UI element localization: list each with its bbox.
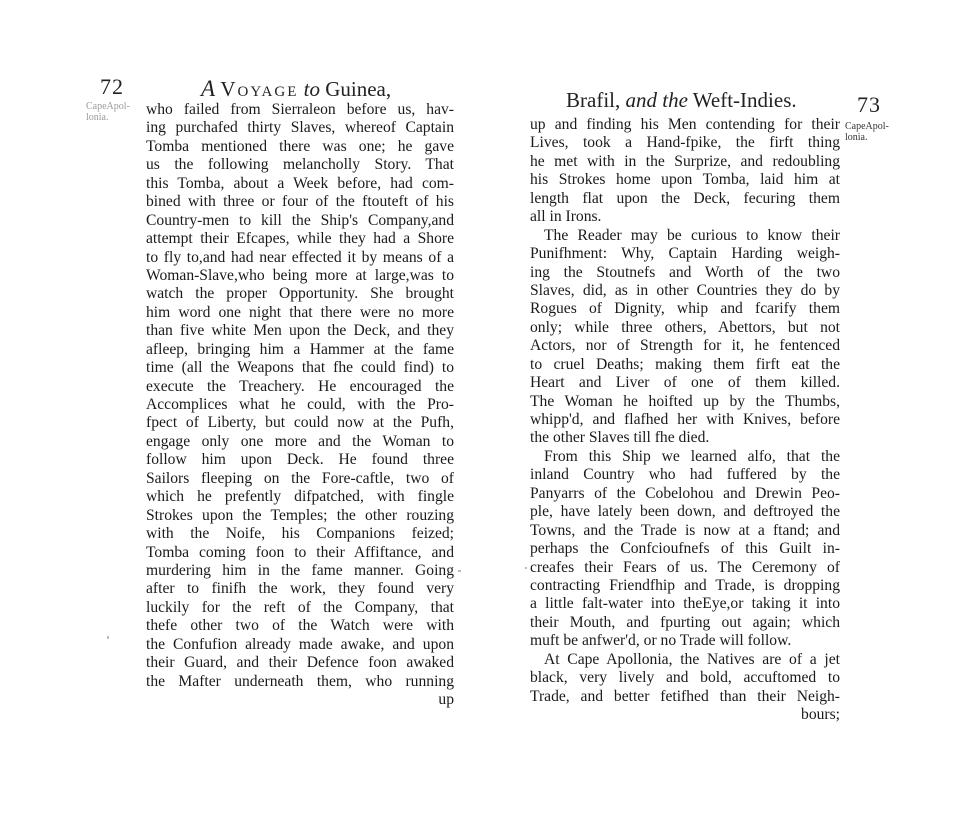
text-line: Tomba mentioned there was one; he gave [146,138,454,156]
text-line: Country-men to kill the Ship's Company,a… [146,212,454,230]
text-line: only; while three others, Abettors, but … [530,319,840,337]
margin-note: CapeApol- lonia. [86,101,130,123]
text-line: length flat upon the Deck, fecuring them [530,190,840,208]
margin-note-line: lonia. [86,112,130,123]
text-line: Actors, nor of Strength for it, he fente… [530,337,840,355]
text-line: a little falt-water into theEye,or takin… [530,595,840,613]
text-line: attempt their Efcapes, while they had a … [146,230,454,248]
running-head: Brafil, and the Weft-Indies. [566,88,797,113]
running-head-brasil: Brafil, [566,88,625,112]
text-line: Woman-Slave,who being more at large,was … [146,267,454,285]
text-line: Sailors fleeping on the Fore-caftle, two… [146,470,454,488]
text-line: he met with in the Surprize, and redoubl… [530,153,840,171]
text-line: time (all the Weapons that fhe could fin… [146,359,454,377]
text-line: Slaves, did, as in other Countries they … [530,282,840,300]
text-line: thefe other two of the Watch were with [146,617,454,635]
text-line: this Tomba, about a Week before, had com… [146,175,454,193]
text-line: than five white Men upon the Deck, and t… [146,322,454,340]
text-line: the Mafter underneath them, who running [146,673,454,691]
text-line: The Reader may be curious to know their [530,227,840,245]
text-line: luckily for the reft of the Company, tha… [146,599,454,617]
text-line: whipp'd, and flafhed her with Knives, be… [530,411,840,429]
text-line: Panyarrs of the Cobelohou and Drewin Peo… [530,485,840,503]
text-line: Rogues of Dignity, whip and fcarify them [530,300,840,318]
text-line: ing the Stoutnefs and Worth of the two [530,264,840,282]
text-line: At Cape Apollonia, the Natives are of a … [530,651,840,669]
running-head: A Voyage to Guinea, [201,76,391,102]
running-head-to: to [298,77,325,101]
text-line: up and finding his Men contending for th… [530,116,840,134]
body-text: who failed from Sierraleon before us, ha… [146,101,454,709]
text-line: contracting Friendfhip and Trade, is dro… [530,577,840,595]
text-line: their Guard, and their Defence foon awak… [146,654,454,672]
text-line: who failed from Sierraleon before us, ha… [146,101,454,119]
text-line: with the Noife, his Companions feized; [146,525,454,543]
text-line: which he prefently difpatched, with fing… [146,488,454,506]
text-line: ing purchafed thirty Slaves, whereof Cap… [146,119,454,137]
text-line: us the following melancholly Story. That [146,156,454,174]
text-line: Heart and Liver of one of them killed. [530,374,840,392]
running-head-voyage: Voyage [220,77,298,101]
text-line: Punifhment: Why, Captain Harding weigh- [530,245,840,263]
margin-note-line: lonia. [845,132,889,143]
text-line: engage only one more and the Woman to [146,433,454,451]
text-line: fpect of Liberty, but could now at the P… [146,414,454,432]
margin-note-line: CapeApol- [845,121,889,132]
text-line: to cruel Deaths; making them firft eat t… [530,356,840,374]
print-speck [107,636,109,639]
text-line: Trade, and better fetifhed than their Ne… [530,688,840,706]
text-line: From this Ship we learned alfo, that the [530,448,840,466]
text-line: afleep, bringing him a Hammer at the fam… [146,341,454,359]
text-line: the Confufion already made awake, and up… [146,636,454,654]
body-text: up and finding his Men contending for th… [530,116,840,724]
text-line: execute the Treachery. He encouraged the [146,378,454,396]
margin-note: CapeApol- lonia. [845,121,889,143]
text-line: watch the proper Opportunity. She brough… [146,285,454,303]
text-line: his Strokes home upon Tomba, laid him at [530,171,840,189]
text-line: after to finifh the work, they found ver… [146,580,454,598]
text-line: to fly to,and had near effected it by me… [146,249,454,267]
text-line: Accomplices what he could, with the Pro- [146,396,454,414]
text-line: Lives, took a Hand-fpike, the firft thin… [530,134,840,152]
print-speck [525,567,527,569]
text-line: Towns, and the Trade is now at a ftand; … [530,522,840,540]
text-line: him word one night that there were no mo… [146,304,454,322]
text-line: follow him upon Deck. He found three [146,451,454,469]
catchword: bours; [530,706,840,724]
running-head-guinea: Guinea, [325,77,391,101]
text-line: bined with three or four of the ftouteft… [146,193,454,211]
text-line: murdering him in the fame manner. Going [146,562,454,580]
running-head-article: A [201,76,220,101]
text-line: inland Country who had fuffered by the [530,466,840,484]
page-number: 72 [100,74,124,100]
text-line: black, very lively and bold, accuftomed … [530,669,840,687]
text-line: The Woman he hoifted up by the Thumbs, [530,393,840,411]
text-line: creafes their Fears of us. The Ceremony … [530,559,840,577]
left-page: 72 A Voyage to Guinea, CapeApol- lonia. … [0,0,490,818]
text-line: ple, have lately been down, and deftroye… [530,503,840,521]
text-line: all in Irons. [530,208,840,226]
margin-note-line: CapeApol- [86,101,130,112]
text-line: muft be anfwer'd, or no Trade will follo… [530,632,840,650]
running-head-west-indies: Weft-Indies. [688,88,797,112]
running-head-and-the: and the [625,88,687,112]
text-line: Strokes upon the Temples; the other rouz… [146,507,454,525]
text-line: the other Slaves till fhe died. [530,429,840,447]
page-number: 73 [857,92,881,118]
print-speck [458,570,461,572]
right-page: Brafil, and the Weft-Indies. 73 CapeApol… [490,0,980,818]
text-line: perhaps the Confcioufnefs of this Guilt … [530,540,840,558]
text-line: their Mouth, and fpurting out again; whi… [530,614,840,632]
catchword: up [146,691,454,709]
text-line: Tomba coming foon to their Affiftance, a… [146,544,454,562]
